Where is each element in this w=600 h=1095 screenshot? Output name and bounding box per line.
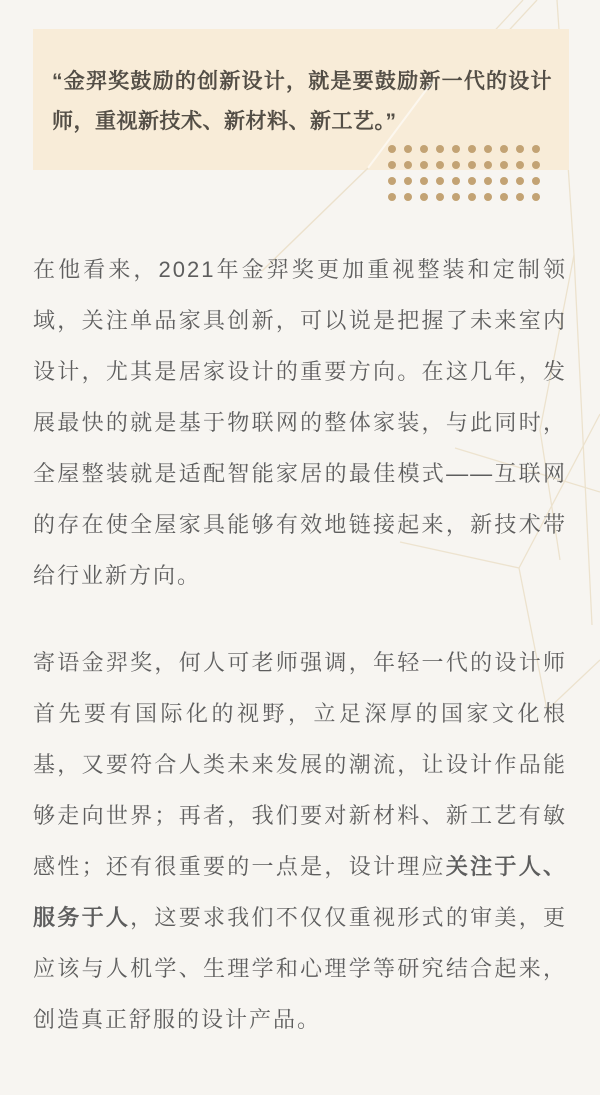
- dots-pattern: [384, 141, 544, 205]
- dot: [500, 193, 508, 201]
- dot: [468, 193, 476, 201]
- dot: [484, 177, 492, 185]
- dot: [500, 161, 508, 169]
- dot: [452, 161, 460, 169]
- dot: [436, 145, 444, 153]
- dot: [420, 193, 428, 201]
- dot: [436, 177, 444, 185]
- dot: [404, 161, 412, 169]
- dot: [452, 145, 460, 153]
- dot: [468, 177, 476, 185]
- dot: [420, 161, 428, 169]
- article-page: “金羿奖鼓励的创新设计，就是要鼓励新一代的设计师，重视新技术、新材料、新工艺。”…: [0, 0, 600, 1095]
- dot: [516, 193, 524, 201]
- dot: [532, 161, 540, 169]
- dot: [484, 193, 492, 201]
- dot: [388, 145, 396, 153]
- dot: [532, 177, 540, 185]
- dot: [420, 145, 428, 153]
- dot: [500, 145, 508, 153]
- dot: [436, 161, 444, 169]
- dot: [388, 193, 396, 201]
- dot: [452, 193, 460, 201]
- dot: [532, 145, 540, 153]
- dot: [388, 177, 396, 185]
- dot: [532, 193, 540, 201]
- dot: [388, 161, 396, 169]
- dot: [404, 145, 412, 153]
- article-body: 在他看来，2021年金羿奖更加重视整装和定制领域，关注单品家具创新，可以说是把握…: [33, 170, 567, 1045]
- dot: [516, 161, 524, 169]
- dot: [420, 177, 428, 185]
- dot: [404, 177, 412, 185]
- quote-text: “金羿奖鼓励的创新设计，就是要鼓励新一代的设计师，重视新技术、新材料、新工艺。”: [33, 29, 569, 142]
- paragraph: 寄语金羿奖，何人可老师强调，年轻一代的设计师首先要有国际化的视野，立足深厚的国家…: [33, 637, 567, 1045]
- dot: [468, 145, 476, 153]
- dot: [436, 193, 444, 201]
- dot: [468, 161, 476, 169]
- dot: [484, 161, 492, 169]
- dot: [500, 177, 508, 185]
- paragraph-text: 在他看来，2021年金羿奖更加重视整装和定制领域，关注单品家具创新，可以说是把握…: [33, 257, 567, 588]
- dot: [404, 193, 412, 201]
- paragraph-text: 寄语金羿奖，何人可老师强调，年轻一代的设计师首先要有国际化的视野，立足深厚的国家…: [33, 650, 567, 879]
- paragraph: 在他看来，2021年金羿奖更加重视整装和定制领域，关注单品家具创新，可以说是把握…: [33, 244, 567, 601]
- dot: [452, 177, 460, 185]
- dot: [516, 145, 524, 153]
- dot: [484, 145, 492, 153]
- dot: [516, 177, 524, 185]
